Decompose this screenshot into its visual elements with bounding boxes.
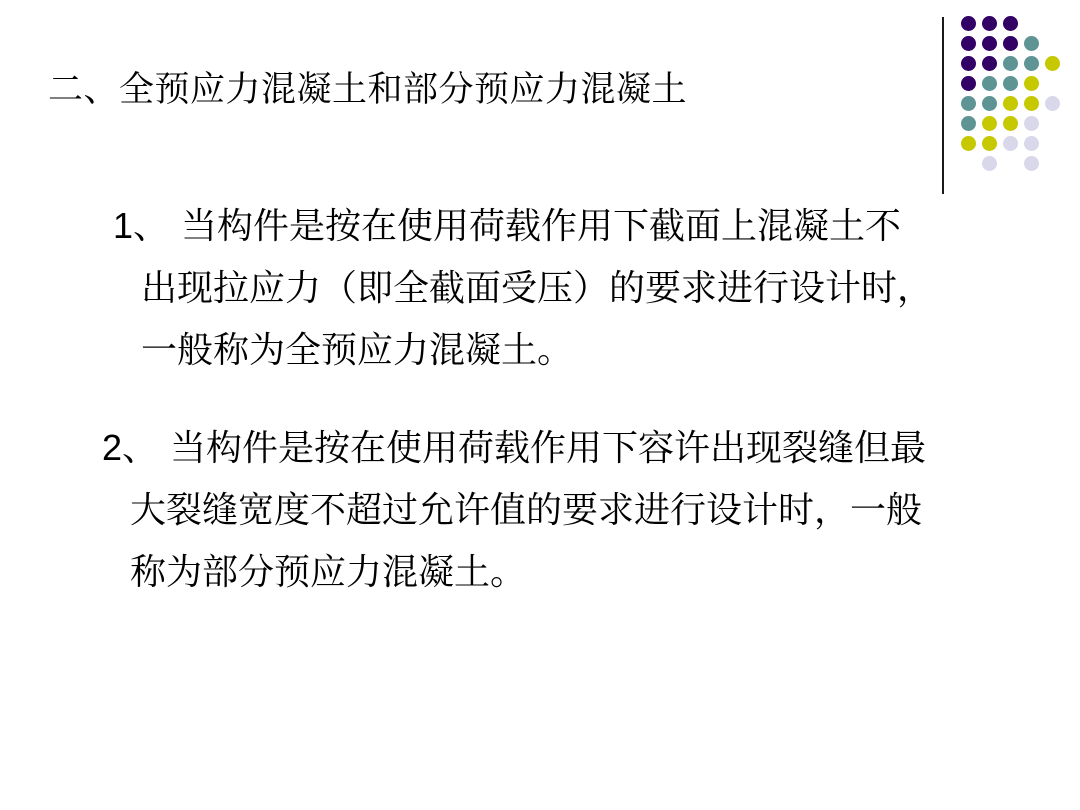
- decor-dot: [1003, 116, 1018, 131]
- paragraph-2-number: 2、: [102, 427, 158, 468]
- paragraph-1: 1、当构件是按在使用荷载作用下截面上混凝土不 出现拉应力（即全截面受压）的要求进…: [113, 195, 933, 381]
- decor-dot: [1045, 56, 1060, 71]
- decor-dot: [982, 136, 997, 151]
- decor-dot: [961, 76, 976, 91]
- decor-dot: [961, 36, 976, 51]
- slide-title: 二、全预应力混凝土和部分预应力混凝土: [48, 62, 687, 112]
- paragraph-1-number: 1、: [113, 205, 169, 246]
- vertical-divider-line: [942, 17, 944, 194]
- decor-dot: [961, 96, 976, 111]
- decor-dot: [1024, 136, 1039, 151]
- decor-dot: [1024, 76, 1039, 91]
- decor-dot: [961, 16, 976, 31]
- paragraph-1-line-1: 1、当构件是按在使用荷载作用下截面上混凝土不: [113, 195, 933, 257]
- decor-dot: [982, 36, 997, 51]
- decor-dot: [1024, 56, 1039, 71]
- decor-dot: [1024, 36, 1039, 51]
- dot-pattern-decoration: [961, 16, 1071, 186]
- paragraph-1-line-2: 出现拉应力（即全截面受压）的要求进行设计时，: [141, 257, 933, 319]
- decor-dot: [1003, 136, 1018, 151]
- decor-dot: [1045, 96, 1060, 111]
- slide-canvas: 二、全预应力混凝土和部分预应力混凝土 1、当构件是按在使用荷载作用下截面上混凝土…: [0, 0, 1080, 810]
- paragraph-2-text: 当构件是按在使用荷载作用下容许出现裂缝但最: [170, 428, 926, 468]
- decor-dot: [982, 16, 997, 31]
- paragraph-1-line-3: 一般称为全预应力混凝土。: [141, 319, 933, 381]
- paragraph-2-line-2: 大裂缝宽度不超过允许值的要求进行设计时，一般: [130, 479, 926, 541]
- decor-dot: [1003, 96, 1018, 111]
- paragraph-1-text: 当构件是按在使用荷载作用下截面上混凝土不: [181, 206, 901, 246]
- decor-dot: [1024, 96, 1039, 111]
- decor-dot: [1024, 156, 1039, 171]
- decor-dot: [982, 56, 997, 71]
- decor-dot: [1024, 116, 1039, 131]
- decor-dot: [982, 116, 997, 131]
- paragraph-2-line-3: 称为部分预应力混凝土。: [130, 541, 926, 603]
- decor-dot: [982, 156, 997, 171]
- decor-dot: [1003, 56, 1018, 71]
- paragraph-2-line-1: 2、当构件是按在使用荷载作用下容许出现裂缝但最: [102, 417, 926, 479]
- decor-dot: [982, 96, 997, 111]
- decor-dot: [1003, 36, 1018, 51]
- paragraph-2: 2、当构件是按在使用荷载作用下容许出现裂缝但最 大裂缝宽度不超过允许值的要求进行…: [102, 417, 926, 603]
- decor-dot: [982, 76, 997, 91]
- decor-dot: [961, 136, 976, 151]
- decor-dot: [961, 56, 976, 71]
- decor-dot: [961, 116, 976, 131]
- decor-dot: [1003, 76, 1018, 91]
- decor-dot: [1003, 16, 1018, 31]
